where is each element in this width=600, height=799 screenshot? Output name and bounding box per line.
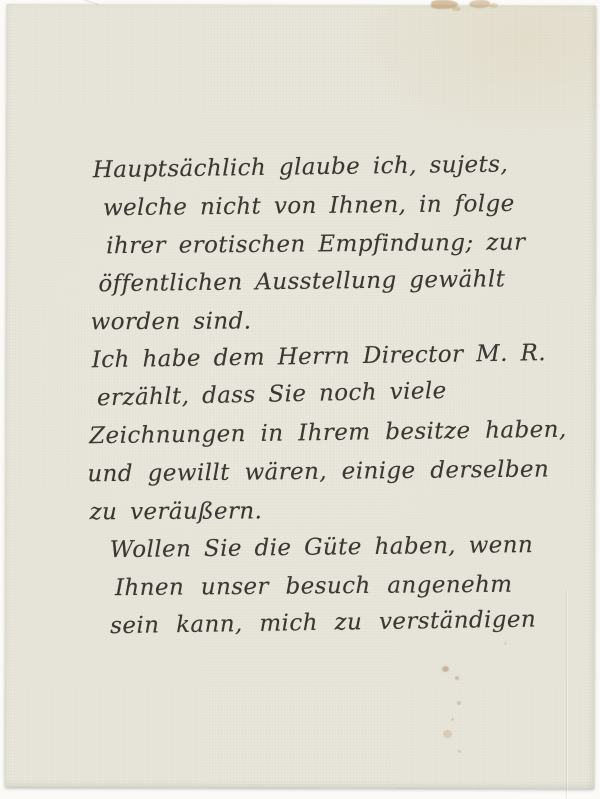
handwritten-line: zu veräußern. [90,491,583,532]
handwritten-line: Zeichnungen in Ihrem besitze haben, [89,410,582,455]
handwritten-line: und gewillt wären, einige derselben [87,450,582,493]
paper-crease-top [69,0,100,4]
handwritten-line: welche nicht von Ihnen, in folge [103,184,581,227]
handwritten-line: Hauptsächlich glaube ich, sujets, [93,144,581,189]
handwritten-line: sein kann, mich zu verständigen [110,600,584,645]
scan-background: Hauptsächlich glaube ich, sujets, welche… [0,0,600,799]
handwritten-line: öffentlichen Ausstellung gewählt [98,259,581,303]
letter-body: Hauptsächlich glaube ich, sujets, welche… [86,149,584,646]
handwritten-line: ihrer erotischen Empfindung; zur [106,223,581,265]
handwritten-line: Wollen Sie die Güte haben, wenn [110,525,583,569]
